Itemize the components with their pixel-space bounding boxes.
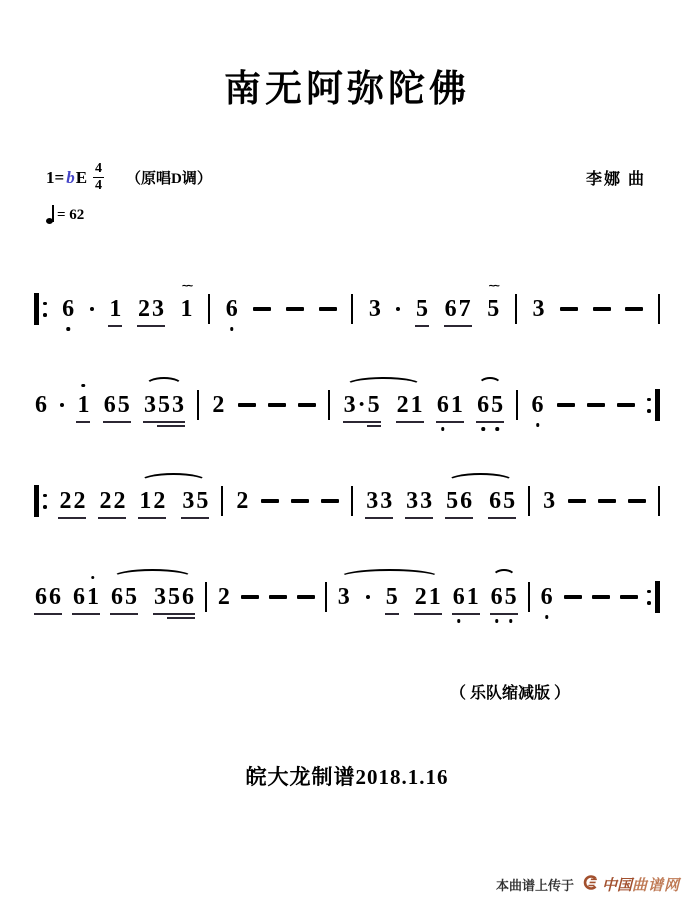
slur-group: 5665	[445, 488, 516, 515]
barline	[516, 390, 518, 420]
tempo-value: = 62	[57, 207, 84, 224]
note-digit: 1	[138, 488, 152, 515]
note-group: 1	[108, 296, 122, 323]
note-digit: 3	[153, 584, 167, 611]
note-group: 65	[103, 392, 131, 419]
note-digit: 5	[504, 584, 518, 611]
duration-dash	[592, 595, 610, 599]
note-digit: 1	[428, 584, 442, 611]
dotted-note-dot	[90, 307, 94, 311]
slur-group: 353	[143, 392, 185, 419]
barline	[221, 486, 223, 516]
slur-group: 65356	[110, 584, 195, 611]
mordent-mark: ~~	[489, 279, 498, 292]
note-group: 353	[143, 392, 185, 419]
note-group: 2	[211, 392, 225, 419]
duration-dash	[286, 307, 304, 311]
note-group: 6	[225, 296, 239, 323]
key-letter: E	[76, 168, 87, 188]
note-digit: 2	[58, 488, 72, 515]
low-octave-dot	[66, 327, 70, 331]
repeat-begin-sign	[34, 293, 47, 325]
note-digit: 6	[110, 584, 124, 611]
	[655, 389, 660, 421]
barline	[515, 294, 517, 324]
underline-sixteenth	[367, 425, 381, 427]
low-octave-dot	[441, 427, 445, 431]
note-digit: 3	[343, 392, 357, 419]
repeat-end-sign	[647, 581, 660, 613]
note-digit: 5	[117, 392, 131, 419]
site-name-primary[interactable]: 中国	[602, 874, 632, 895]
note-group: 6	[531, 392, 545, 419]
note-group: 22	[98, 488, 126, 515]
note-group: 21	[414, 584, 442, 611]
note-digit: 2	[396, 392, 410, 419]
slur-group: 65	[476, 392, 504, 419]
note-digit: 6	[181, 584, 195, 611]
underline-eighth	[153, 613, 195, 615]
note-group: 5	[385, 584, 399, 611]
duration-dash	[261, 499, 279, 503]
note-digit: 1	[450, 392, 464, 419]
note-group: 35	[181, 488, 209, 515]
original-key-label: （原唱D调）	[126, 167, 212, 188]
slur-group: 65	[490, 584, 518, 611]
mordent-mark: ~~	[182, 279, 191, 292]
low-octave-dot	[457, 619, 461, 623]
meter-fraction: 4 4	[93, 162, 104, 193]
note-digit: 1	[86, 584, 100, 611]
note-group: 33	[405, 488, 433, 515]
note-digit: 3	[531, 296, 545, 323]
duration-dash	[238, 403, 256, 407]
dotted-note-dot	[60, 403, 64, 407]
underline-eighth	[108, 325, 122, 327]
note-digit: 6	[61, 296, 75, 323]
barline	[205, 582, 207, 612]
underline-sixteenth	[167, 617, 195, 619]
note-digit: 5	[385, 584, 399, 611]
dotted-note-dot	[396, 307, 400, 311]
underline-eighth	[436, 421, 464, 423]
note-digit: 2	[98, 488, 112, 515]
note-digit: 3	[405, 488, 419, 515]
	[34, 485, 39, 517]
note-digit: 5	[124, 584, 138, 611]
note-group: 56	[445, 488, 473, 515]
note-digit: 5	[502, 488, 516, 515]
version-note: （ 乐队缩减版 ）	[0, 680, 694, 703]
note-digit: 5	[157, 392, 171, 419]
slur-group: 1235	[138, 488, 209, 515]
	[43, 494, 47, 509]
site-logo-icon[interactable]	[582, 874, 599, 896]
duration-dash	[617, 403, 635, 407]
duration-dash	[628, 499, 646, 503]
note-digit: 3	[365, 488, 379, 515]
site-name-secondary[interactable]: 曲谱网	[632, 874, 680, 895]
repeat-begin-sign	[34, 485, 47, 517]
note-digit: 2	[414, 584, 428, 611]
note-digit: 6	[103, 392, 117, 419]
note-digit: 5	[367, 392, 381, 419]
underline-eighth	[385, 613, 399, 615]
duration-dash	[620, 595, 638, 599]
underline-eighth	[488, 517, 516, 519]
note-digit: ·	[357, 392, 367, 419]
duration-dash	[560, 307, 578, 311]
duration-dash	[587, 403, 605, 407]
underline-eighth	[365, 517, 393, 519]
watermark-prefix: 本曲谱上传于	[496, 875, 574, 894]
duration-dash	[598, 499, 616, 503]
barline	[658, 294, 660, 324]
underline-eighth	[405, 517, 433, 519]
tempo-marking: = 62	[46, 207, 694, 224]
	[647, 590, 651, 605]
note-group: 2	[235, 488, 249, 515]
note-digit: 5	[486, 296, 500, 323]
note-digit: 2	[137, 296, 151, 323]
note-digit: 6	[540, 584, 554, 611]
note-digit: 1	[466, 584, 480, 611]
note-digit: 3	[181, 488, 195, 515]
note-group: 6	[540, 584, 554, 611]
notation-score: 61231~~635675~~3616535323·52161656222212…	[34, 288, 660, 618]
quarter-note-icon	[46, 218, 53, 224]
duration-dash	[557, 403, 575, 407]
underline-eighth	[452, 613, 480, 615]
note-digit: 5	[195, 488, 209, 515]
duration-dash	[269, 595, 287, 599]
note-digit: 3	[151, 296, 165, 323]
note-digit: 3	[337, 584, 351, 611]
note-digit: 7	[458, 296, 472, 323]
note-digit: 6	[34, 392, 48, 419]
note-digit: 2	[112, 488, 126, 515]
underline-eighth	[445, 517, 473, 519]
underline-eighth	[72, 613, 100, 615]
note-digit: 5	[415, 296, 429, 323]
note-group: 61	[436, 392, 464, 419]
underline-eighth	[103, 421, 131, 423]
watermark: 本曲谱上传于 中国 曲谱网	[496, 873, 680, 895]
duration-dash	[298, 403, 316, 407]
note-group: 5~~	[486, 296, 500, 323]
note-group: 65	[110, 584, 138, 611]
duration-dash	[568, 499, 586, 503]
page-title: 南无阿弥陀佛	[0, 58, 694, 112]
score-line-4: 6661653562352161656	[34, 576, 660, 618]
note-digit: 6	[452, 584, 466, 611]
note-digit: 6	[444, 296, 458, 323]
duration-dash	[291, 499, 309, 503]
low-octave-dot	[495, 427, 499, 431]
underline-eighth	[343, 421, 381, 423]
note-group: 67	[444, 296, 472, 323]
	[43, 302, 47, 317]
note-group: 1	[76, 392, 90, 419]
note-group: 66	[34, 584, 62, 611]
note-digit: 5	[490, 392, 504, 419]
underline-sixteenth	[157, 425, 185, 427]
barline	[528, 486, 530, 516]
high-octave-dot	[82, 384, 86, 388]
low-octave-dot	[230, 327, 234, 331]
note-digit: 6	[476, 392, 490, 419]
note-group: 61	[72, 584, 100, 611]
note-group: 22	[58, 488, 86, 515]
note-group: 61	[452, 584, 480, 611]
note-group: 2	[217, 584, 231, 611]
note-digit: 6	[48, 584, 62, 611]
note-digit: 6	[34, 584, 48, 611]
underline-eighth	[415, 325, 429, 327]
score-line-1: 61231~~635675~~3	[34, 288, 660, 330]
composer-credit: 李娜 曲	[586, 166, 646, 189]
key-signature: 1=bE 4 4 （原唱D调）	[46, 162, 212, 193]
underline-eighth	[143, 421, 185, 423]
note-group: 23	[137, 296, 165, 323]
note-digit: 6	[488, 488, 502, 515]
	[647, 398, 651, 413]
dotted-note-dot	[366, 595, 370, 599]
note-group: 3	[542, 488, 556, 515]
note-group: 6	[34, 392, 48, 419]
duration-dash	[321, 499, 339, 503]
	[34, 293, 39, 325]
note-group: 65	[488, 488, 516, 515]
note-digit: 6	[490, 584, 504, 611]
duration-dash	[625, 307, 643, 311]
underline-eighth	[137, 325, 165, 327]
underline-eighth	[110, 613, 138, 615]
low-octave-dot	[536, 423, 540, 427]
note-digit: 3	[368, 296, 382, 323]
note-digit: 2	[211, 392, 225, 419]
note-digit: 6	[531, 392, 545, 419]
note-group: 21	[396, 392, 424, 419]
note-digit: 3	[143, 392, 157, 419]
note-group: 12	[138, 488, 166, 515]
barline	[658, 486, 660, 516]
slur-group: 3521	[337, 584, 442, 611]
note-digit: 3	[171, 392, 185, 419]
repeat-end-sign	[647, 389, 660, 421]
note-digit: 3	[379, 488, 393, 515]
note-digit: 3	[419, 488, 433, 515]
note-group: 3·5	[343, 392, 381, 419]
note-group: 3	[337, 584, 351, 611]
note-group: 356	[153, 584, 195, 611]
flat-sign: b	[66, 168, 75, 188]
note-digit: 1	[108, 296, 122, 323]
high-octave-dot	[91, 576, 95, 580]
meter-denominator: 4	[95, 178, 102, 193]
transcriber-credit: 皖大龙制谱2018.1.16	[0, 761, 694, 791]
note-group: 3	[531, 296, 545, 323]
meter-numerator: 4	[93, 162, 104, 178]
low-octave-dot	[495, 619, 499, 623]
low-octave-dot	[481, 427, 485, 431]
underline-eighth	[181, 517, 209, 519]
score-page: 南无阿弥陀佛 1=bE 4 4 （原唱D调） 李娜 曲 = 62 61231~~…	[0, 0, 694, 907]
barline	[208, 294, 210, 324]
note-group: 3	[368, 296, 382, 323]
score-line-3: 222212352333356653	[34, 480, 660, 522]
underline-eighth	[76, 421, 90, 423]
note-group: 6	[61, 296, 75, 323]
underline-eighth	[476, 421, 504, 423]
note-digit: 5	[167, 584, 181, 611]
barline	[325, 582, 327, 612]
key-prefix: 1=	[46, 168, 64, 188]
note-digit: 6	[225, 296, 239, 323]
note-digit: 6	[459, 488, 473, 515]
underline-eighth	[414, 613, 442, 615]
barline	[528, 582, 530, 612]
note-digit: 1	[76, 392, 90, 419]
duration-dash	[297, 595, 315, 599]
note-digit: 6	[72, 584, 86, 611]
underline-eighth	[58, 517, 86, 519]
barline	[351, 294, 353, 324]
note-digit: 2	[235, 488, 249, 515]
key-row: 1=bE 4 4 （原唱D调） 李娜 曲	[46, 162, 646, 193]
barline	[328, 390, 330, 420]
note-group: 65	[490, 584, 518, 611]
note-digit: 1	[180, 296, 194, 323]
underline-eighth	[396, 421, 424, 423]
note-group: 65	[476, 392, 504, 419]
duration-dash	[241, 595, 259, 599]
underline-eighth	[138, 517, 166, 519]
note-group: 33	[365, 488, 393, 515]
note-group: 1~~	[180, 296, 194, 323]
duration-dash	[319, 307, 337, 311]
duration-dash	[593, 307, 611, 311]
duration-dash	[268, 403, 286, 407]
slur-group: 3·521	[343, 392, 424, 419]
note-digit: 5	[445, 488, 459, 515]
score-line-2: 616535323·52161656	[34, 384, 660, 426]
note-digit: 6	[436, 392, 450, 419]
underline-eighth	[444, 325, 472, 327]
underline-eighth	[98, 517, 126, 519]
note-digit: 2	[152, 488, 166, 515]
note-digit: 2	[72, 488, 86, 515]
barline	[197, 390, 199, 420]
note-digit: 3	[542, 488, 556, 515]
note-group: 5	[415, 296, 429, 323]
note-digit: 1	[410, 392, 424, 419]
low-octave-dot	[545, 615, 549, 619]
note-digit: 2	[217, 584, 231, 611]
underline-eighth	[34, 613, 62, 615]
barline	[351, 486, 353, 516]
underline-eighth	[490, 613, 518, 615]
low-octave-dot	[509, 619, 513, 623]
	[655, 581, 660, 613]
duration-dash	[564, 595, 582, 599]
duration-dash	[253, 307, 271, 311]
